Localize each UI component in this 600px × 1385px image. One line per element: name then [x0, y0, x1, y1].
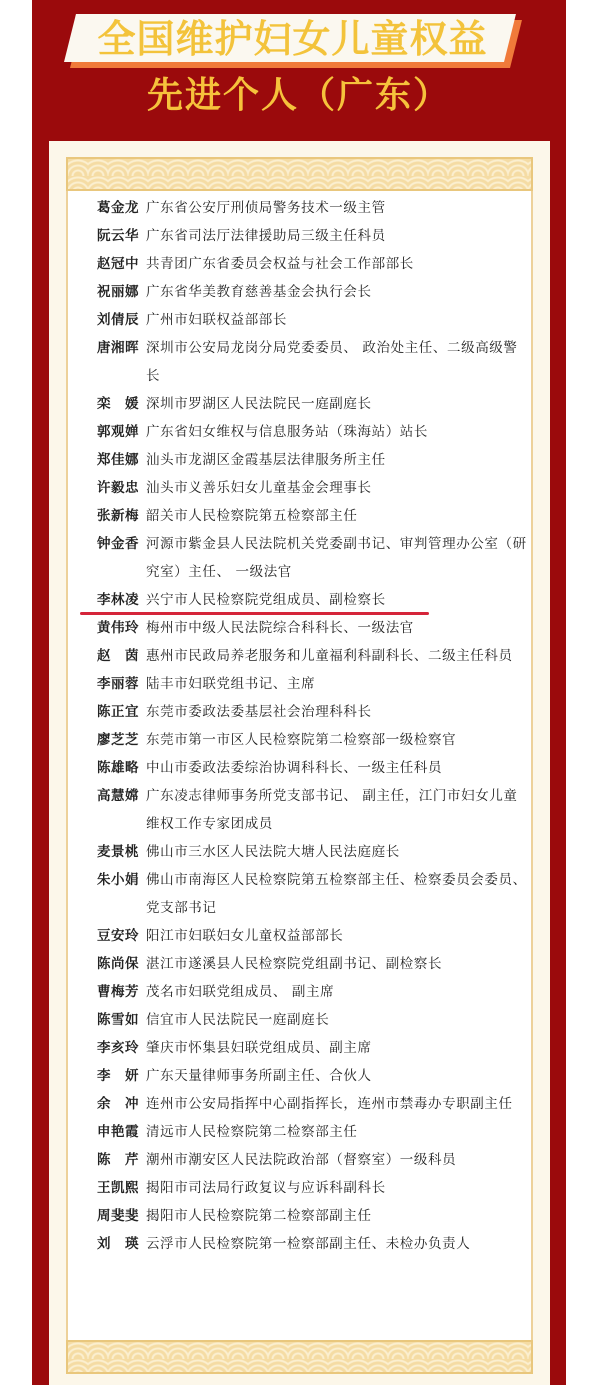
honoree-name: 陈正宜 [97, 698, 146, 726]
list-item: 许毅忠汕头市义善乐妇女儿童基金会理事长 [97, 474, 527, 502]
list-item: 黄伟玲梅州市中级人民法院综合科科长、一级法官 [97, 614, 527, 642]
page-title-line1: 全国维护妇女儿童权益 [70, 14, 515, 64]
honoree-name: 豆安玲 [97, 922, 146, 950]
honoree-name: 唐湘晖 [97, 334, 146, 362]
page-title-line2: 先进个人（广东） [32, 72, 566, 120]
honoree-name: 阮云华 [97, 222, 146, 250]
honoree-name: 余 冲 [97, 1090, 146, 1118]
list-item: 陈尚保湛江市遂溪县人民检察院党组副书记、副检察长 [97, 950, 527, 978]
honoree-name: 郑佳娜 [97, 446, 146, 474]
honoree-title: 云浮市人民检察院第一检察部副主任、未检办负责人 [146, 1230, 527, 1258]
list-item: 陈雄略中山市委政法委综治协调科科长、一级主任科员 [97, 754, 527, 782]
honoree-name: 曹梅芳 [97, 978, 146, 1006]
wave-pattern-top [66, 157, 533, 191]
honoree-name: 祝丽娜 [97, 278, 146, 306]
list-item: 周斐斐揭阳市人民检察院第二检察部副主任 [97, 1202, 527, 1230]
honoree-title: 广东天量律师事务所副主任、合伙人 [146, 1062, 527, 1090]
honoree-title: 佛山市南海区人民检察院第五检察部主任、检察委员会委员、党支部书记 [146, 866, 527, 922]
honoree-name: 王凯熙 [97, 1174, 146, 1202]
honoree-name: 李亥玲 [97, 1034, 146, 1062]
list-item-highlighted: 李林凌兴宁市人民检察院党组成员、副检察长 [97, 586, 527, 614]
honoree-name: 朱小娟 [97, 866, 146, 894]
honoree-title: 梅州市中级人民法院综合科科长、一级法官 [146, 614, 527, 642]
list-item: 陈正宜东莞市委政法委基层社会治理科科长 [97, 698, 527, 726]
honoree-name: 赵冠中 [97, 250, 146, 278]
honoree-title: 广东省司法厅法律援助局三级主任科员 [146, 222, 527, 250]
honoree-title: 中山市委政法委综治协调科科长、一级主任科员 [146, 754, 527, 782]
honoree-title: 韶关市人民检察院第五检察部主任 [146, 502, 527, 530]
honoree-name: 许毅忠 [97, 474, 146, 502]
honoree-title: 共青团广东省委员会权益与社会工作部部长 [146, 250, 527, 278]
honoree-title: 广州市妇联权益部部长 [146, 306, 527, 334]
honoree-name: 刘倩辰 [97, 306, 146, 334]
list-item: 赵冠中共青团广东省委员会权益与社会工作部部长 [97, 250, 527, 278]
title-banner: 全国维护妇女儿童权益 [70, 14, 520, 64]
honoree-title: 汕头市龙湖区金霞基层法律服务所主任 [146, 446, 527, 474]
honoree-title: 河源市紫金县人民法院机关党委副书记、审判管理办公室（研究室）主任、 一级法官 [146, 530, 527, 586]
honoree-title: 汕头市义善乐妇女儿童基金会理事长 [146, 474, 527, 502]
list-item: 祝丽娜广东省华美教育慈善基金会执行会长 [97, 278, 527, 306]
list-item: 陈雪如信宜市人民法院民一庭副庭长 [97, 1006, 527, 1034]
honoree-title: 揭阳市司法局行政复议与应诉科副科长 [146, 1174, 527, 1202]
list-item: 葛金龙广东省公安厅刑侦局警务技术一级主管 [97, 194, 527, 222]
list-item: 刘倩辰广州市妇联权益部部长 [97, 306, 527, 334]
list-item: 申艳霞清远市人民检察院第二检察部主任 [97, 1118, 527, 1146]
honoree-title: 广东省华美教育慈善基金会执行会长 [146, 278, 527, 306]
honoree-title: 湛江市遂溪县人民检察院党组副书记、副检察长 [146, 950, 527, 978]
honoree-title: 茂名市妇联党组成员、 副主席 [146, 978, 527, 1006]
list-item: 陈 芹潮州市潮安区人民法院政治部（督察室）一级科员 [97, 1146, 527, 1174]
honoree-title: 深圳市公安局龙岗分局党委委员、 政治处主任、二级高级警长 [146, 334, 527, 390]
honoree-title: 清远市人民检察院第二检察部主任 [146, 1118, 527, 1146]
honoree-title: 佛山市三水区人民法院大塘人民法庭庭长 [146, 838, 527, 866]
wave-pattern-bottom [66, 1340, 533, 1374]
honoree-title: 东莞市委政法委基层社会治理科科长 [146, 698, 527, 726]
honoree-name: 李林凌 [97, 586, 146, 614]
honoree-title: 广东省公安厅刑侦局警务技术一级主管 [146, 194, 527, 222]
list-item: 赵 茵惠州市民政局养老服务和儿童福利科副科长、二级主任科员 [97, 642, 527, 670]
list-item: 李丽蓉陆丰市妇联党组书记、主席 [97, 670, 527, 698]
honoree-name: 李 妍 [97, 1062, 146, 1090]
list-item: 王凯熙揭阳市司法局行政复议与应诉科副科长 [97, 1174, 527, 1202]
honoree-title: 揭阳市人民检察院第二检察部副主任 [146, 1202, 527, 1230]
honoree-name: 麦景桃 [97, 838, 146, 866]
list-item: 郑佳娜汕头市龙湖区金霞基层法律服务所主任 [97, 446, 527, 474]
list-item: 豆安玲阳江市妇联妇女儿童权益部部长 [97, 922, 527, 950]
honoree-title: 阳江市妇联妇女儿童权益部部长 [146, 922, 527, 950]
honoree-title: 兴宁市人民检察院党组成员、副检察长 [146, 586, 527, 614]
honoree-title: 潮州市潮安区人民法院政治部（督察室）一级科员 [146, 1146, 527, 1174]
list-item: 余 冲连州市公安局指挥中心副指挥长，连州市禁毒办专职副主任 [97, 1090, 527, 1118]
honoree-name: 陈尚保 [97, 950, 146, 978]
list-item: 高慧嫦广东凌志律师事务所党支部书记、 副主任，江门市妇女儿童维权工作专家团成员 [97, 782, 527, 838]
list-item: 郭观婵广东省妇女维权与信息服务站（珠海站）站长 [97, 418, 527, 446]
honoree-title: 广东省妇女维权与信息服务站（珠海站）站长 [146, 418, 527, 446]
list-item: 钟金香河源市紫金县人民法院机关党委副书记、审判管理办公室（研究室）主任、 一级法… [97, 530, 527, 586]
honoree-name: 高慧嫦 [97, 782, 146, 810]
honoree-name: 周斐斐 [97, 1202, 146, 1230]
list-item: 李亥玲肇庆市怀集县妇联党组成员、副主席 [97, 1034, 527, 1062]
honoree-title: 惠州市民政局养老服务和儿童福利科副科长、二级主任科员 [146, 642, 527, 670]
list-item: 李 妍广东天量律师事务所副主任、合伙人 [97, 1062, 527, 1090]
list-item: 唐湘晖深圳市公安局龙岗分局党委委员、 政治处主任、二级高级警长 [97, 334, 527, 390]
list-item: 刘 瑛云浮市人民检察院第一检察部副主任、未检办负责人 [97, 1230, 527, 1258]
list-item: 麦景桃佛山市三水区人民法院大塘人民法庭庭长 [97, 838, 527, 866]
honoree-name: 黄伟玲 [97, 614, 146, 642]
honoree-name: 赵 茵 [97, 642, 146, 670]
honoree-name: 陈雄略 [97, 754, 146, 782]
honoree-title: 信宜市人民法院民一庭副庭长 [146, 1006, 527, 1034]
list-item: 曹梅芳茂名市妇联党组成员、 副主席 [97, 978, 527, 1006]
honoree-name: 申艳霞 [97, 1118, 146, 1146]
honoree-name: 葛金龙 [97, 194, 146, 222]
honoree-name: 李丽蓉 [97, 670, 146, 698]
honoree-name: 廖芝芝 [97, 726, 146, 754]
honoree-list: 葛金龙广东省公安厅刑侦局警务技术一级主管 阮云华广东省司法厅法律援助局三级主任科… [97, 194, 527, 1258]
honoree-title: 东莞市第一市区人民检察院第二检察部一级检察官 [146, 726, 527, 754]
honoree-name: 张新梅 [97, 502, 146, 530]
honoree-name: 郭观婵 [97, 418, 146, 446]
highlight-underline [80, 612, 429, 615]
honoree-title: 深圳市罗湖区人民法院民一庭副庭长 [146, 390, 527, 418]
list-item: 栾 媛深圳市罗湖区人民法院民一庭副庭长 [97, 390, 527, 418]
list-item: 张新梅韶关市人民检察院第五检察部主任 [97, 502, 527, 530]
honoree-title: 陆丰市妇联党组书记、主席 [146, 670, 527, 698]
list-item: 朱小娟佛山市南海区人民检察院第五检察部主任、检察委员会委员、党支部书记 [97, 866, 527, 922]
list-item: 阮云华广东省司法厅法律援助局三级主任科员 [97, 222, 527, 250]
honoree-title: 广东凌志律师事务所党支部书记、 副主任，江门市妇女儿童维权工作专家团成员 [146, 782, 527, 838]
honoree-title: 肇庆市怀集县妇联党组成员、副主席 [146, 1034, 527, 1062]
honoree-title: 连州市公安局指挥中心副指挥长，连州市禁毒办专职副主任 [146, 1090, 527, 1118]
list-item: 廖芝芝东莞市第一市区人民检察院第二检察部一级检察官 [97, 726, 527, 754]
honoree-name: 刘 瑛 [97, 1230, 146, 1258]
honoree-name: 陈雪如 [97, 1006, 146, 1034]
honoree-name: 陈 芹 [97, 1146, 146, 1174]
honoree-name: 栾 媛 [97, 390, 146, 418]
honoree-name: 钟金香 [97, 530, 146, 558]
